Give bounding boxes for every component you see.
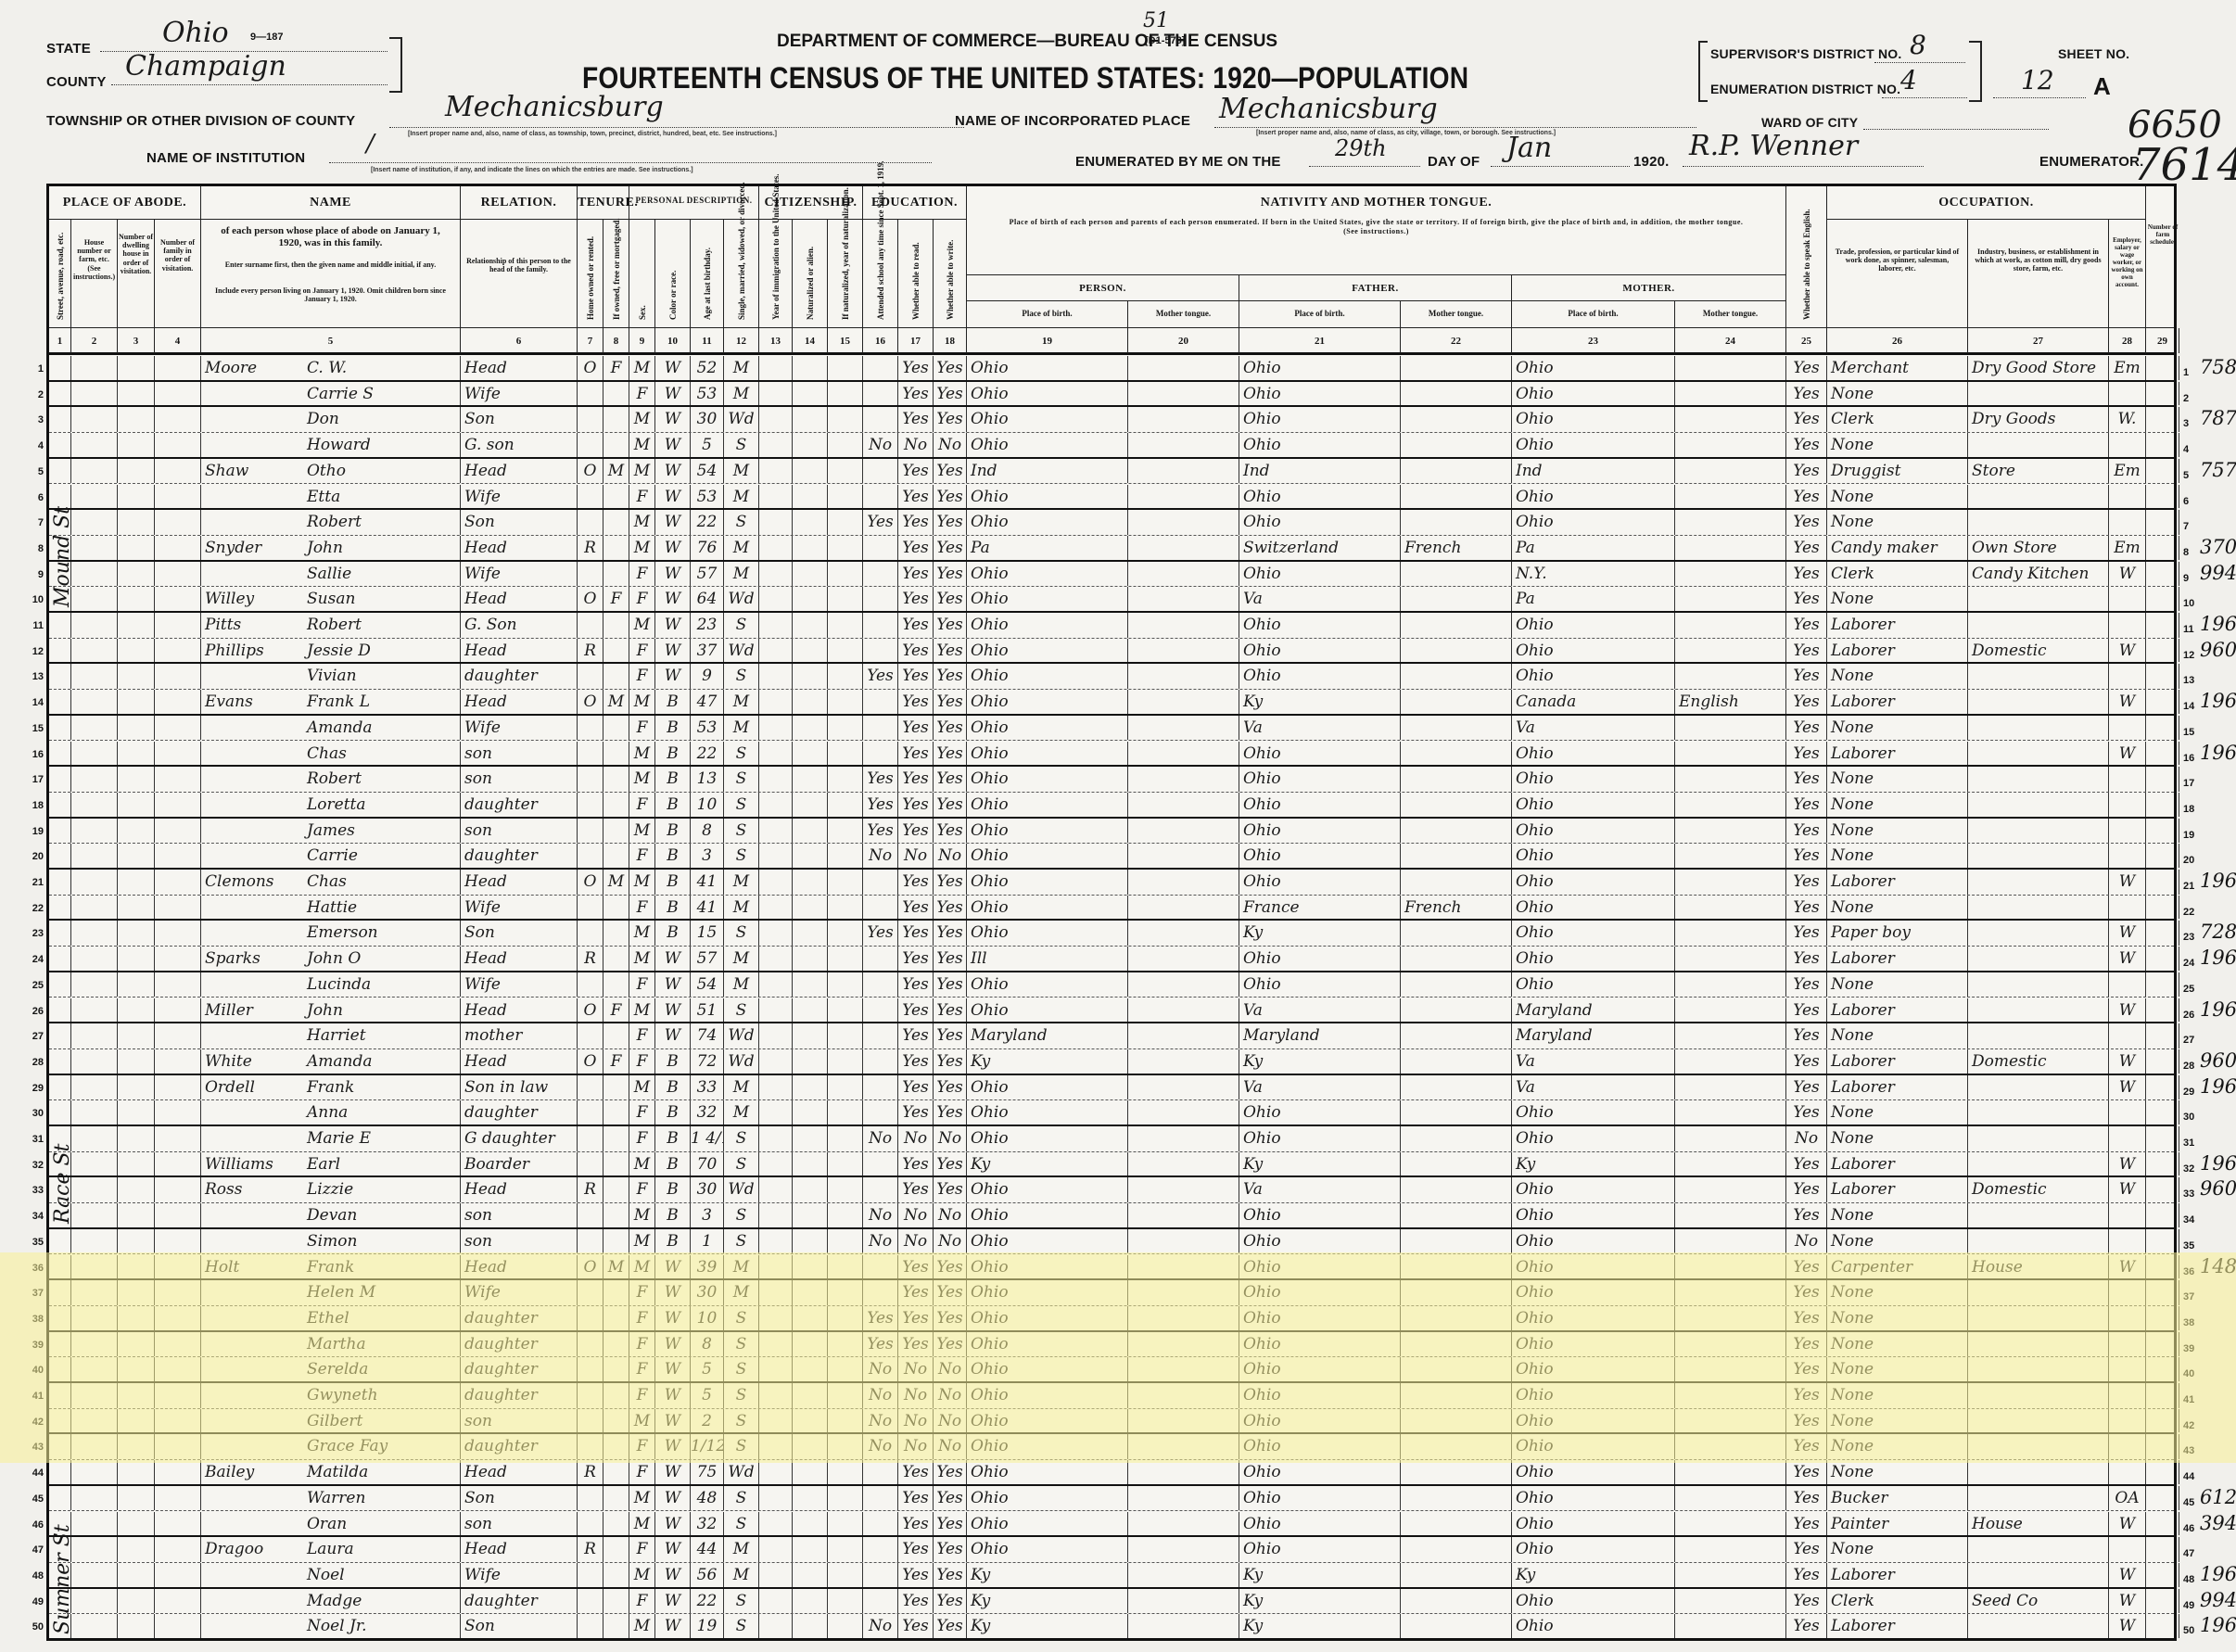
empty-cell — [49, 870, 71, 895]
father-tongue-cell — [1401, 1460, 1512, 1484]
empty-cell — [71, 742, 118, 766]
mother-birthplace-cell: Ohio — [1512, 1409, 1675, 1433]
name-cell: Harriet — [201, 1023, 461, 1048]
worker-class-cell: W — [2109, 1049, 2146, 1074]
empty-cell — [49, 1100, 71, 1125]
home-owned-cell — [578, 407, 603, 432]
age-cell: 53 — [691, 485, 724, 509]
name-cell: Don — [201, 407, 461, 432]
mother-tongue-mother-cell — [1675, 587, 1786, 611]
home-owned-cell — [578, 1383, 603, 1408]
free-mortgaged-cell — [603, 1486, 629, 1511]
empty-cell — [759, 1332, 793, 1357]
margin-farm-note: 394 — [2200, 1512, 2236, 1534]
age-cell: 8 — [691, 819, 724, 844]
empty-cell — [49, 1306, 71, 1330]
mother-birthplace-cell: Ohio — [1512, 742, 1675, 766]
table-row: AmandaWifeFB53MYesYesOhioVaVaYesNone1515 — [49, 716, 2174, 742]
line-number-left: 9 — [5, 569, 44, 580]
can-write-cell: No — [934, 844, 967, 868]
can-write-cell: Yes — [934, 510, 967, 535]
empty-cell — [793, 613, 828, 638]
race-cell: B — [655, 819, 691, 844]
can-write-cell: Yes — [934, 562, 967, 587]
birthplace-cell: Ohio — [967, 1203, 1128, 1227]
home-owned-cell: O — [578, 587, 603, 611]
mother-tongue-mother-cell — [1675, 1126, 1786, 1151]
empty-cell — [2146, 1049, 2179, 1074]
attended-school-cell — [863, 613, 898, 638]
empty-cell — [155, 510, 201, 535]
relation-cell: Wife — [461, 972, 578, 998]
can-read-cell: Yes — [898, 1255, 934, 1279]
home-owned-cell: R — [578, 1460, 603, 1484]
race-cell: W — [655, 382, 691, 406]
table-row: RobertSonMW22SYesYesYesOhioOhioOhioYesNo… — [49, 510, 2174, 536]
empty-cell — [793, 1177, 828, 1202]
mother-tongue-mother-cell — [1675, 1614, 1786, 1638]
census-header: 51 9—187 [D1-578] State Ohio County Cham… — [0, 0, 2236, 178]
line-number-left: 17 — [5, 774, 44, 785]
col-2-header: House number or farm, etc. (See instruct… — [71, 220, 118, 327]
table-row: RossLizzieHeadRFB30WdYesYesOhioVaOhioYes… — [49, 1177, 2174, 1203]
free-mortgaged-cell — [603, 1563, 629, 1587]
father-birthplace-cell: Va — [1239, 998, 1401, 1023]
mother-birthplace-cell: Pa — [1512, 536, 1675, 560]
line-number-left: 20 — [5, 851, 44, 862]
table-row: WarrenSonMW48SYesYesOhioOhioOhioYesBucke… — [49, 1486, 2174, 1512]
age-cell: 8 — [691, 1332, 724, 1357]
attended-school-cell — [863, 1049, 898, 1074]
mother-birthplace-cell: Ohio — [1512, 947, 1675, 971]
empty-cell — [71, 1100, 118, 1125]
marital-cell: M — [724, 870, 759, 895]
empty-cell — [759, 716, 793, 741]
can-read-cell: Yes — [898, 485, 934, 509]
home-owned-cell — [578, 767, 603, 792]
column-number-16: 16 — [863, 328, 898, 353]
mother-birthplace-cell: Ohio — [1512, 793, 1675, 817]
marital-cell: S — [724, 844, 759, 868]
empty-cell — [118, 1126, 155, 1151]
surname: Miller — [205, 998, 307, 1023]
trade-cell: Laborer — [1827, 1152, 1968, 1176]
attended-school-cell: No — [863, 844, 898, 868]
free-mortgaged-cell — [603, 819, 629, 844]
speaks-english-cell: No — [1786, 1126, 1827, 1151]
mother-tongue-cell — [1128, 639, 1239, 663]
can-write-cell: Yes — [934, 1100, 967, 1125]
speaks-english-cell: Yes — [1786, 433, 1827, 457]
birthplace-cell: Ohio — [967, 1357, 1128, 1381]
given-name: Laura — [307, 1540, 354, 1558]
col-1-header: Street, avenue, road, etc. — [49, 220, 71, 327]
industry-cell: House — [1968, 1512, 2109, 1536]
surname: Holt — [205, 1255, 307, 1279]
empty-cell — [49, 1075, 71, 1100]
relation-cell: son — [461, 1409, 578, 1433]
sex-cell: M — [629, 510, 655, 535]
race-cell: W — [655, 639, 691, 663]
mother-tongue-mother-cell — [1675, 716, 1786, 741]
line-number-left: 18 — [5, 800, 44, 811]
father-birthplace-cell: Ohio — [1239, 972, 1401, 998]
race-cell: W — [655, 1383, 691, 1408]
empty-cell — [2146, 664, 2179, 689]
speaks-english-cell: Yes — [1786, 1023, 1827, 1048]
industry-cell: Dry Goods — [1968, 407, 2109, 432]
birthplace-cell: Ohio — [967, 485, 1128, 509]
empty-cell — [155, 1203, 201, 1227]
can-read-cell: Yes — [898, 819, 934, 844]
empty-cell — [2146, 1306, 2179, 1330]
relation-cell: son — [461, 742, 578, 766]
mother-tongue-mother-cell — [1675, 1075, 1786, 1100]
can-write-cell: Yes — [934, 998, 967, 1023]
can-read-cell: Yes — [898, 1306, 934, 1330]
speaks-english-cell: Yes — [1786, 844, 1827, 868]
birthplace-cell: Ohio — [967, 639, 1128, 663]
mother-tongue-cell — [1128, 742, 1239, 766]
empty-cell — [71, 1460, 118, 1484]
race-cell: W — [655, 587, 691, 611]
free-mortgaged-cell — [603, 613, 629, 638]
empty-cell — [2146, 562, 2179, 587]
speaks-english-cell: Yes — [1786, 536, 1827, 560]
birthplace-cell: Ohio — [967, 510, 1128, 535]
table-row: WilliamsEarlBoarderMB70SYesYesKyKyKyYesL… — [49, 1152, 2174, 1178]
worker-class-cell — [2109, 767, 2146, 792]
birthplace-cell: Ohio — [967, 844, 1128, 868]
margin-farm-note: 148 — [2200, 1255, 2236, 1277]
age-cell: 30 — [691, 1177, 724, 1202]
worker-class-cell: Em — [2109, 459, 2146, 484]
line-number-left: 33 — [5, 1185, 44, 1196]
father-birthplace-cell: Ohio — [1239, 870, 1401, 895]
free-mortgaged-cell — [603, 716, 629, 741]
worker-class-cell — [2109, 1409, 2146, 1433]
race-cell: B — [655, 1152, 691, 1176]
col-24-header: Mother tongue. — [1675, 301, 1786, 327]
column-number-22: 22 — [1401, 328, 1512, 353]
empty-cell — [155, 1023, 201, 1048]
attended-school-cell: Yes — [863, 664, 898, 689]
race-cell: W — [655, 356, 691, 380]
empty-cell — [118, 536, 155, 560]
empty-cell — [118, 1357, 155, 1381]
free-mortgaged-cell — [603, 639, 629, 663]
marital-cell: M — [724, 1075, 759, 1100]
empty-cell — [759, 921, 793, 946]
marital-cell: M — [724, 690, 759, 714]
birthplace-cell: Ohio — [967, 1512, 1128, 1536]
line-number-right: 31 — [2183, 1137, 2202, 1149]
empty-cell — [49, 896, 71, 920]
father-birthplace-cell: Ohio — [1239, 819, 1401, 844]
race-cell: W — [655, 1255, 691, 1279]
name-cell: OrdellFrank — [201, 1075, 461, 1100]
birthplace-cell: Ky — [967, 1614, 1128, 1638]
empty-cell — [71, 1177, 118, 1202]
relation-cell: son — [461, 1512, 578, 1536]
empty-cell — [2146, 947, 2179, 971]
empty-cell — [118, 1075, 155, 1100]
free-mortgaged-cell — [603, 1409, 629, 1433]
table-row: BaileyMatildaHeadRFW75WdYesYesOhioOhioOh… — [49, 1460, 2174, 1486]
column-number-24: 24 — [1675, 328, 1786, 353]
speaks-english-cell: Yes — [1786, 767, 1827, 792]
free-mortgaged-cell — [603, 947, 629, 971]
free-mortgaged-cell — [603, 1126, 629, 1151]
mother-tongue-mother-cell — [1675, 1152, 1786, 1176]
column-number-18: 18 — [934, 328, 967, 353]
column-number-12: 12 — [724, 328, 759, 353]
marital-cell: M — [724, 459, 759, 484]
mother-birthplace-cell: Maryland — [1512, 1023, 1675, 1048]
empty-cell — [49, 972, 71, 998]
given-name: Marie E — [307, 1129, 371, 1148]
mother-tongue-cell — [1128, 1409, 1239, 1433]
trade-cell: Druggist — [1827, 459, 1968, 484]
trade-cell: None — [1827, 972, 1968, 998]
mother-tongue-mother-cell — [1675, 407, 1786, 432]
industry-cell — [1968, 1383, 2109, 1408]
mother-tongue-mother-cell — [1675, 562, 1786, 587]
empty-cell — [759, 1280, 793, 1305]
margin-farm-note: 728 — [2200, 921, 2236, 943]
industry-cell: Domestic — [1968, 1177, 2109, 1202]
relation-cell: daughter — [461, 1332, 578, 1357]
relation-cell: daughter — [461, 1434, 578, 1459]
father-tongue-cell — [1401, 1434, 1512, 1459]
can-write-cell: No — [934, 1357, 967, 1381]
can-write-cell: Yes — [934, 1049, 967, 1074]
empty-cell — [2146, 1152, 2179, 1176]
state-line — [100, 28, 387, 52]
empty-cell — [118, 1409, 155, 1433]
birthplace-cell: Ill — [967, 947, 1128, 971]
table-row: ClemonsChasHeadOMMB41MYesYesOhioOhioOhio… — [49, 870, 2174, 896]
can-read-cell: Yes — [898, 947, 934, 971]
marital-cell: S — [724, 793, 759, 817]
attended-school-cell — [863, 382, 898, 406]
mother-birthplace-cell: Ohio — [1512, 1100, 1675, 1125]
given-name: Grace Fay — [307, 1437, 387, 1455]
home-owned-cell: O — [578, 1049, 603, 1074]
empty-cell — [2146, 1126, 2179, 1151]
name-cell: RossLizzie — [201, 1177, 461, 1202]
table-row: OransonMW32SYesYesOhioOhioOhioYesPainter… — [49, 1512, 2174, 1538]
marital-cell: M — [724, 972, 759, 998]
industry-cell — [1968, 1434, 2109, 1459]
free-mortgaged-cell: F — [603, 587, 629, 611]
worker-class-cell — [2109, 972, 2146, 998]
given-name: Noel Jr. — [307, 1617, 367, 1635]
sex-cell: F — [629, 1383, 655, 1408]
marital-cell: S — [724, 767, 759, 792]
margin-farm-note: 758 — [2200, 356, 2236, 378]
sex-cell: F — [629, 562, 655, 587]
free-mortgaged-cell — [603, 972, 629, 998]
race-cell: B — [655, 844, 691, 868]
empty-cell — [71, 1537, 118, 1562]
industry-cell — [1968, 1332, 2109, 1357]
county-label: County — [46, 74, 107, 90]
mother-birthplace-cell: Ohio — [1512, 767, 1675, 792]
speaks-english-cell: Yes — [1786, 1563, 1827, 1587]
mother-birthplace-cell: Ohio — [1512, 485, 1675, 509]
name-cell: WilliamsEarl — [201, 1152, 461, 1176]
free-mortgaged-cell — [603, 1229, 629, 1254]
name-cell: Simon — [201, 1229, 461, 1254]
line-number-right: 28 — [2183, 1061, 2202, 1072]
home-owned-cell — [578, 1100, 603, 1125]
father-tongue-cell — [1401, 485, 1512, 509]
given-name: Harriet — [307, 1026, 366, 1045]
empty-cell — [155, 870, 201, 895]
empty-cell — [49, 716, 71, 741]
father-birthplace-cell: Ohio — [1239, 1100, 1401, 1125]
empty-cell — [759, 742, 793, 766]
father-birthplace-cell: Ky — [1239, 690, 1401, 714]
table-row: HowardG. sonMW5SNoNoNoOhioOhioOhioYesNon… — [49, 433, 2174, 459]
empty-cell — [793, 947, 828, 971]
marital-cell: S — [724, 742, 759, 766]
sex-cell: F — [629, 485, 655, 509]
empty-cell — [155, 998, 201, 1023]
sex-cell: M — [629, 1255, 655, 1279]
race-cell: W — [655, 1563, 691, 1587]
empty-cell — [118, 742, 155, 766]
can-read-cell: No — [898, 844, 934, 868]
can-write-cell: Yes — [934, 742, 967, 766]
empty-cell — [71, 1357, 118, 1381]
industry-cell — [1968, 1152, 2109, 1176]
trade-cell: Candy maker — [1827, 536, 1968, 560]
given-name: Lucinda — [307, 975, 371, 994]
empty-cell — [759, 1589, 793, 1614]
can-write-cell: Yes — [934, 1075, 967, 1100]
worker-class-cell — [2109, 1332, 2146, 1357]
father-tongue-cell — [1401, 742, 1512, 766]
empty-cell — [49, 433, 71, 457]
speaks-english-cell: Yes — [1786, 562, 1827, 587]
mother-tongue-mother-cell — [1675, 1409, 1786, 1433]
margin-farm-note: 196 — [2200, 870, 2236, 892]
home-owned-cell: R — [578, 1177, 603, 1202]
column-number-28: 28 — [2109, 328, 2146, 353]
empty-cell — [2146, 1357, 2179, 1381]
trade-cell: Painter — [1827, 1512, 1968, 1536]
home-owned-cell — [578, 1126, 603, 1151]
home-owned-cell — [578, 1357, 603, 1381]
father-tongue-cell — [1401, 613, 1512, 638]
attended-school-cell — [863, 690, 898, 714]
line-number-right: 7 — [2183, 521, 2202, 532]
empty-cell — [49, 613, 71, 638]
race-cell: W — [655, 1589, 691, 1614]
mother-tongue-cell — [1128, 562, 1239, 587]
marital-cell: S — [724, 819, 759, 844]
group-person: PERSON. — [967, 275, 1239, 301]
empty-cell — [793, 870, 828, 895]
age-cell: 32 — [691, 1100, 724, 1125]
worker-class-cell: W — [2109, 1614, 2146, 1638]
line-number-right: 17 — [2183, 778, 2202, 789]
sex-cell: M — [629, 1075, 655, 1100]
mother-birthplace-cell: Ohio — [1512, 664, 1675, 689]
empty-cell — [793, 1332, 828, 1357]
father-tongue-cell — [1401, 1229, 1512, 1254]
father-birthplace-cell: Ohio — [1239, 1255, 1401, 1279]
marital-cell: S — [724, 1203, 759, 1227]
relation-cell: Head — [461, 690, 578, 714]
mother-tongue-cell — [1128, 767, 1239, 792]
sex-cell: F — [629, 1177, 655, 1202]
free-mortgaged-cell — [603, 793, 629, 817]
worker-class-cell: W — [2109, 1589, 2146, 1614]
home-owned-cell: R — [578, 947, 603, 971]
institution-line — [329, 139, 932, 163]
line-number-right: 14 — [2183, 701, 2202, 712]
birthplace-cell: Ky — [967, 1563, 1128, 1587]
father-tongue-cell — [1401, 947, 1512, 971]
line-number-right: 9 — [2183, 573, 2202, 584]
mother-tongue-cell — [1128, 1434, 1239, 1459]
mother-tongue-mother-cell — [1675, 1357, 1786, 1381]
name-cell: Amanda — [201, 716, 461, 741]
line-number-right: 5 — [2183, 470, 2202, 481]
speaks-english-cell: Yes — [1786, 870, 1827, 895]
marital-cell: S — [724, 510, 759, 535]
can-write-cell: Yes — [934, 1306, 967, 1330]
marital-cell: M — [724, 485, 759, 509]
marital-cell: S — [724, 1434, 759, 1459]
relation-cell: daughter — [461, 1100, 578, 1125]
empty-cell — [828, 1409, 863, 1433]
marital-cell: S — [724, 664, 759, 689]
empty-cell — [71, 1434, 118, 1459]
empty-cell — [759, 896, 793, 920]
mother-tongue-mother-cell — [1675, 1383, 1786, 1408]
line-number-left: 49 — [5, 1596, 44, 1608]
empty-cell — [793, 1100, 828, 1125]
can-read-cell: No — [898, 1434, 934, 1459]
empty-cell — [49, 819, 71, 844]
attended-school-cell — [863, 1280, 898, 1305]
trade-cell: None — [1827, 1306, 1968, 1330]
age-cell: 3 — [691, 1203, 724, 1227]
father-tongue-cell — [1401, 1075, 1512, 1100]
name-cell: Gilbert — [201, 1409, 461, 1433]
empty-cell — [71, 562, 118, 587]
father-tongue-cell — [1401, 1280, 1512, 1305]
empty-cell — [828, 639, 863, 663]
table-row: OrdellFrankSon in lawMB33MYesYesOhioVaVa… — [49, 1075, 2174, 1101]
supervisor-district: 8 — [1910, 30, 1926, 60]
birthplace-cell: Ohio — [967, 716, 1128, 741]
empty-cell — [793, 664, 828, 689]
can-read-cell: Yes — [898, 613, 934, 638]
empty-cell — [2146, 793, 2179, 817]
given-name: Anna — [307, 1103, 348, 1122]
mother-tongue-mother-cell — [1675, 819, 1786, 844]
mother-tongue-cell — [1128, 510, 1239, 535]
marital-cell: S — [724, 921, 759, 946]
relation-cell: Head — [461, 1177, 578, 1202]
supervisor-label: Supervisor's District No. — [1710, 46, 1901, 61]
marital-cell: M — [724, 1280, 759, 1305]
